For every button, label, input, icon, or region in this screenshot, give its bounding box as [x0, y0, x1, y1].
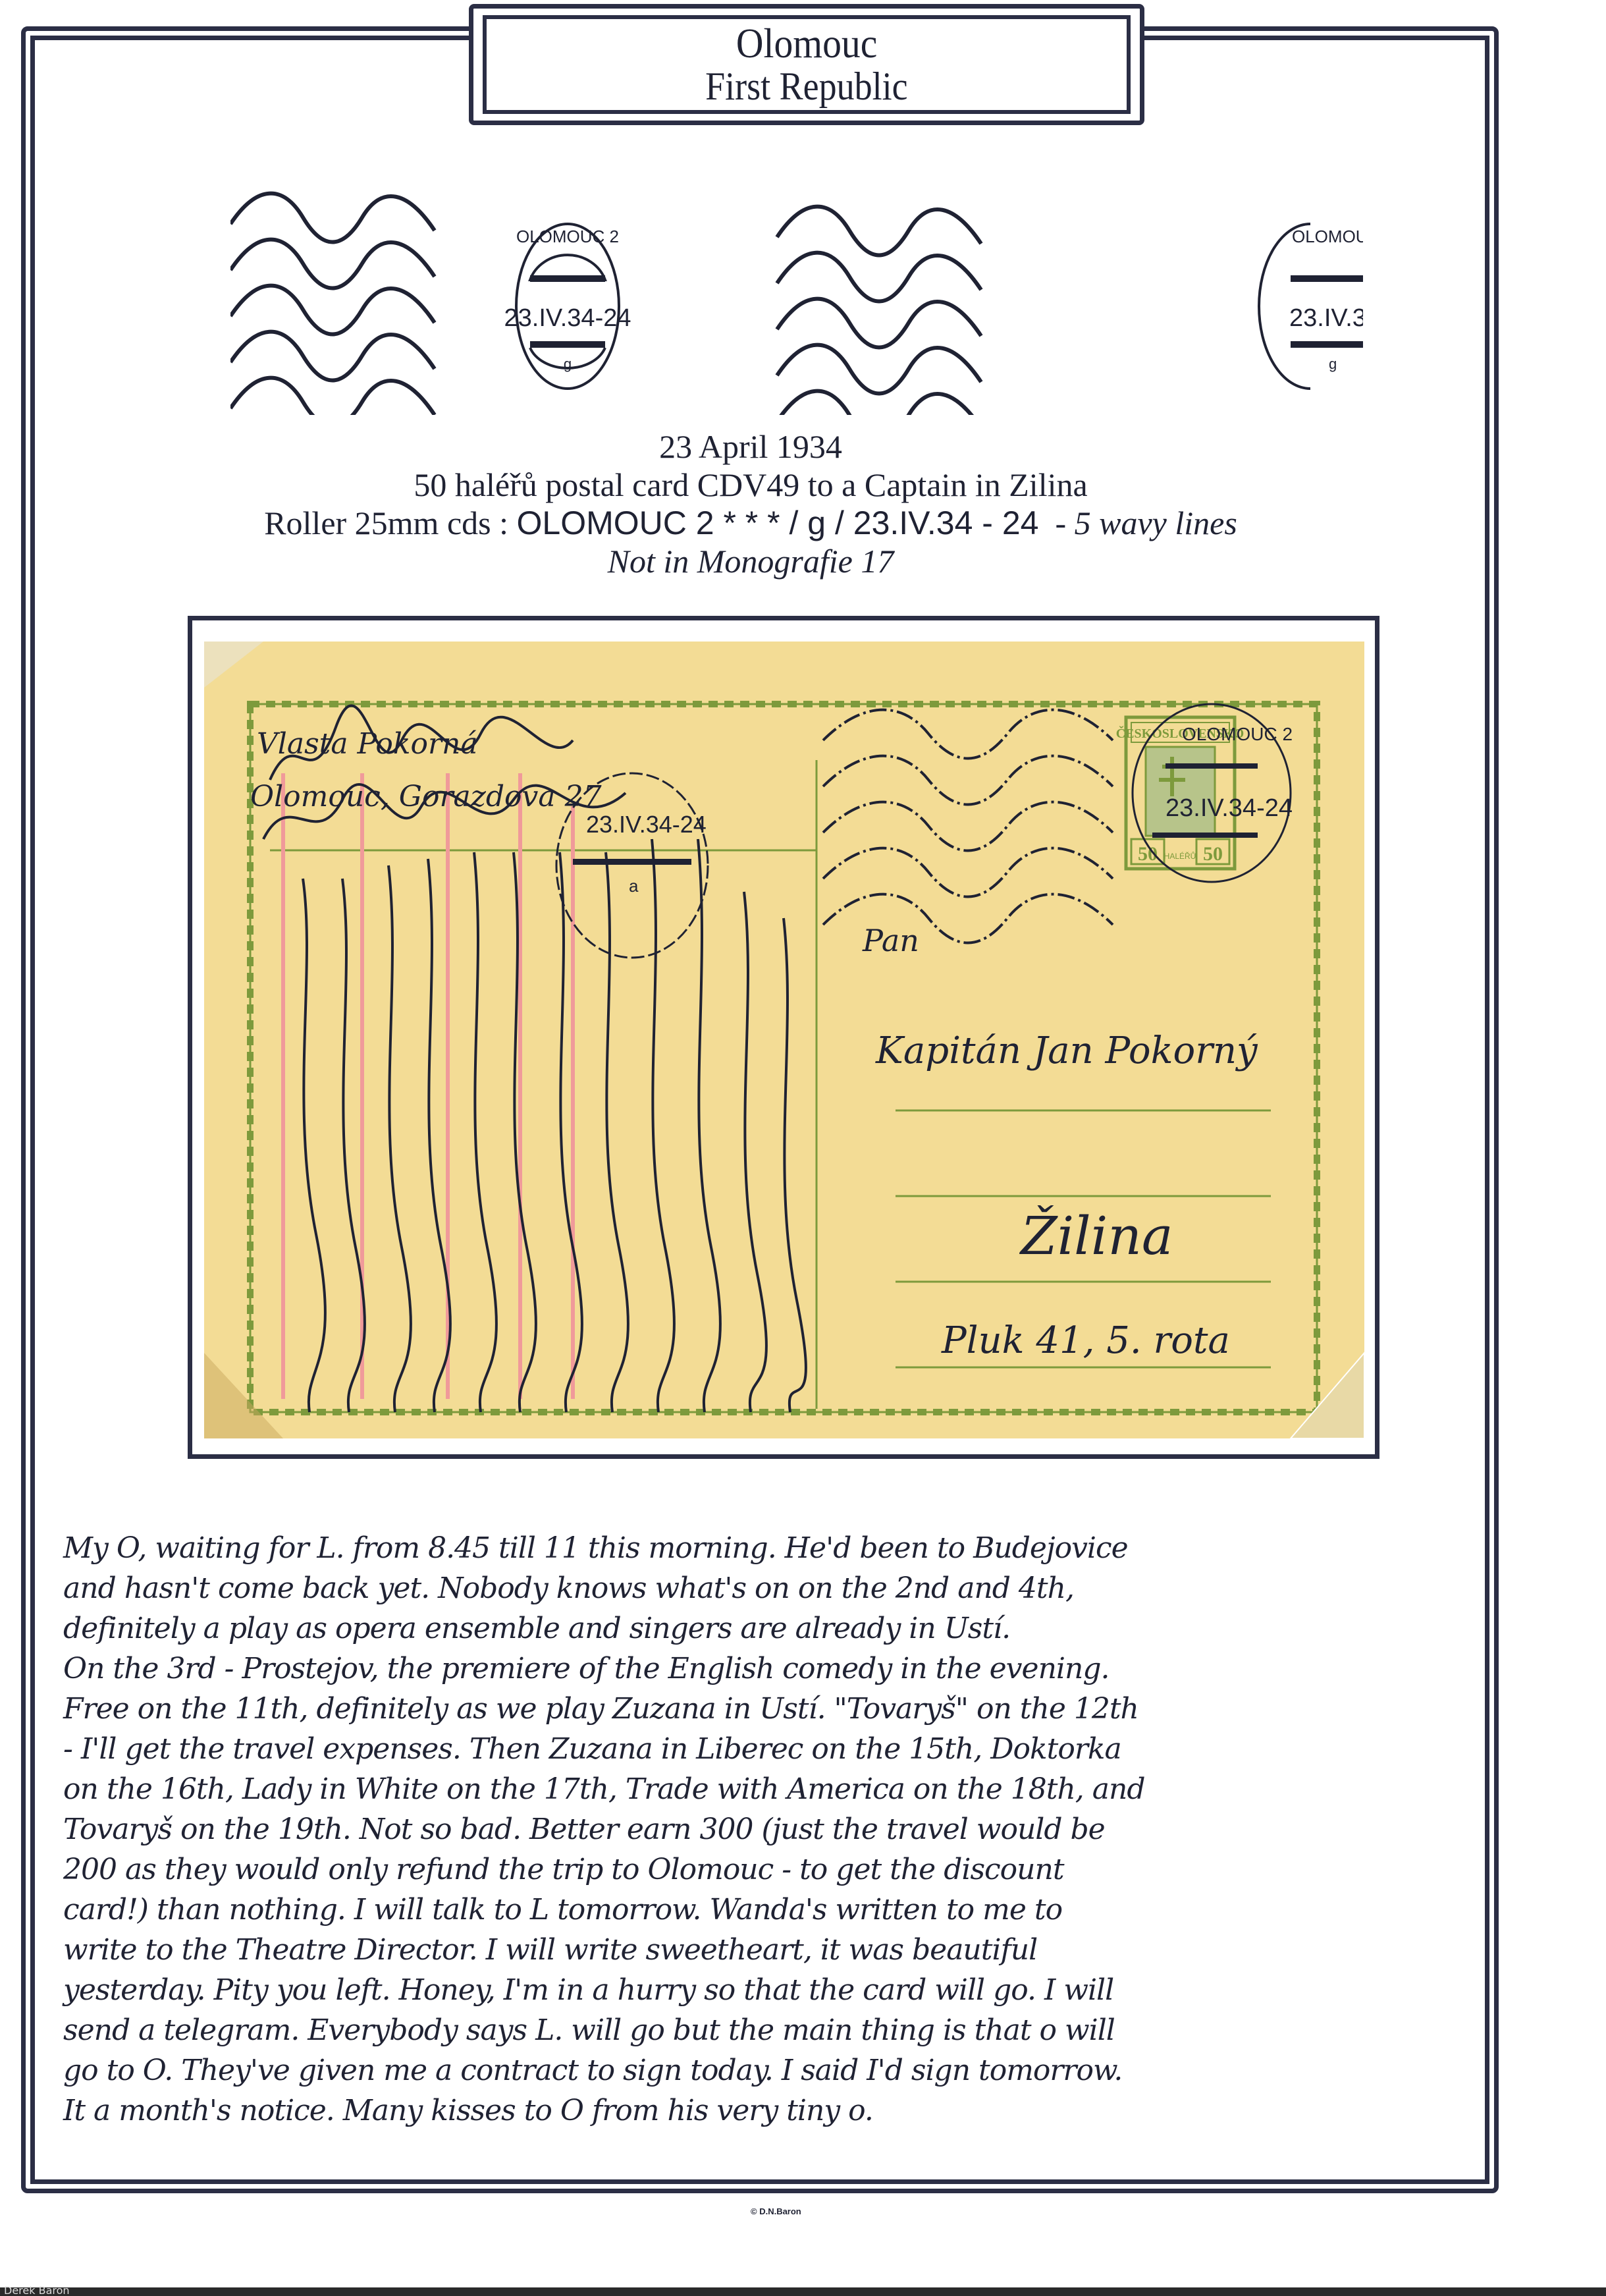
bottom-bar [0, 2287, 1606, 2296]
transcript-line: go to O. They've given me a contract to … [63, 2050, 1499, 2091]
cds-postmark-partial-icon: 23.IV.34-12 OLOMOUC g [1259, 224, 1363, 389]
svg-text:23.IV.34-24: 23.IV.34-24 [504, 304, 631, 332]
transcript-line: send a telegram. Everybody says L. will … [63, 2010, 1499, 2050]
page-subtitle: First Republic [705, 65, 908, 107]
svg-text:Žilina: Žilina [1019, 1205, 1173, 1267]
svg-text:Olomouc, Gorazdova 27: Olomouc, Gorazdova 27 [250, 780, 602, 813]
cancel-illustration: OLOMOUC 2 23.IV.34-24 g 23.IV.34-12 OLOM… [230, 191, 1363, 415]
svg-text:50: 50 [1203, 843, 1223, 865]
transcript-line: on the 16th, Lady in White on the 17th, … [63, 1769, 1499, 1809]
svg-text:OLOMOUC: OLOMOUC [1292, 227, 1363, 246]
wavy-lines-right-icon [777, 207, 981, 415]
transcript-line: card!) than nothing. I will talk to L to… [63, 1890, 1499, 1930]
svg-text:Pluk 41, 5. rota: Pluk 41, 5. rota [941, 1319, 1230, 1362]
transcript-line: Free on the 11th, definitely as we play … [63, 1689, 1499, 1729]
transcript-line: Tovaryš on the 19th. Not so bad. Better … [63, 1809, 1499, 1849]
svg-text:HALÉŘŮ: HALÉŘŮ [1164, 851, 1196, 861]
svg-text:g: g [1329, 356, 1337, 372]
wavy-lines-left-icon [230, 194, 435, 415]
vertical-handwriting [303, 839, 806, 1412]
caption-postmark: Roller 25mm cds : OLOMOUC 2 * * * / g / … [0, 503, 1501, 543]
caption-note: Not in Monografie 17 [0, 541, 1501, 581]
svg-text:Vlasta Pokorná: Vlasta Pokorná [257, 727, 478, 761]
sender-handwriting: Vlasta Pokorná Olomouc, Gorazdova 27 [250, 727, 602, 813]
transcript-line: My O, waiting for L. from 8.45 till 11 t… [63, 1528, 1499, 1568]
transcript-line: definitely a play as opera ensemble and … [63, 1608, 1499, 1649]
svg-text:23.IV.34-12: 23.IV.34-12 [1289, 304, 1363, 332]
transcript-line: and hasn't come back yet. Nobody knows w… [63, 1568, 1499, 1608]
roller-cancel-icon [823, 710, 1113, 943]
postmark-prefix: Roller 25mm cds : [264, 505, 516, 541]
page-title: Olomouc [736, 22, 877, 65]
svg-text:Kapitán Jan Pokorný: Kapitán Jan Pokorný [875, 1029, 1258, 1072]
postmark-text: OLOMOUC 2 * * * / g / 23.IV.34 - 24 [517, 505, 1039, 541]
svg-text:Pan: Pan [862, 923, 919, 958]
letter-transcript: My O, waiting for L. from 8.45 till 11 t… [63, 1528, 1499, 2131]
transcript-line: 200 as they would only refund the trip t… [63, 1849, 1499, 1890]
credit-text: Derek Baron [4, 2285, 70, 2296]
transcript-line: It a month's notice. Many kisses to O fr… [63, 2091, 1499, 2131]
postcard-artwork: 23.IV.34-24 a ČESKOSLOVENSKO 50 [204, 642, 1364, 1438]
transcript-line: yesterday. Pity you left. Honey, I'm in … [63, 1970, 1499, 2010]
svg-text:23.IV.34-24: 23.IV.34-24 [586, 811, 707, 838]
postmark-suffix: - 5 wavy lines [1055, 505, 1237, 541]
copyright-notice: © D.N.Baron [751, 2206, 801, 2216]
svg-text:g: g [564, 356, 572, 372]
caption-description: 50 haléřů postal card CDV49 to a Captain… [0, 465, 1501, 505]
svg-text:OLOMOUC 2: OLOMOUC 2 [1182, 724, 1293, 744]
title-box: Olomouc First Republic [469, 4, 1144, 125]
svg-text:23.IV.34-24: 23.IV.34-24 [1165, 794, 1293, 822]
postcard-mount: 23.IV.34-24 a ČESKOSLOVENSKO 50 [188, 616, 1379, 1459]
address-handwriting: Pan Kapitán Jan Pokorný Žilina Pluk 41, … [862, 923, 1258, 1362]
postcard: 23.IV.34-24 a ČESKOSLOVENSKO 50 [204, 642, 1364, 1438]
transcript-line: - I'll get the travel expenses. Then Zuz… [63, 1729, 1499, 1769]
caption-date: 23 April 1934 [0, 427, 1501, 466]
svg-text:OLOMOUC 2: OLOMOUC 2 [516, 227, 619, 246]
transcript-line: write to the Theatre Director. I will wr… [63, 1930, 1499, 1970]
cds-postmark-icon: OLOMOUC 2 23.IV.34-24 g [504, 224, 631, 389]
transcript-line: On the 3rd - Prostejov, the premiere of … [63, 1649, 1499, 1689]
svg-text:a: a [629, 876, 639, 896]
